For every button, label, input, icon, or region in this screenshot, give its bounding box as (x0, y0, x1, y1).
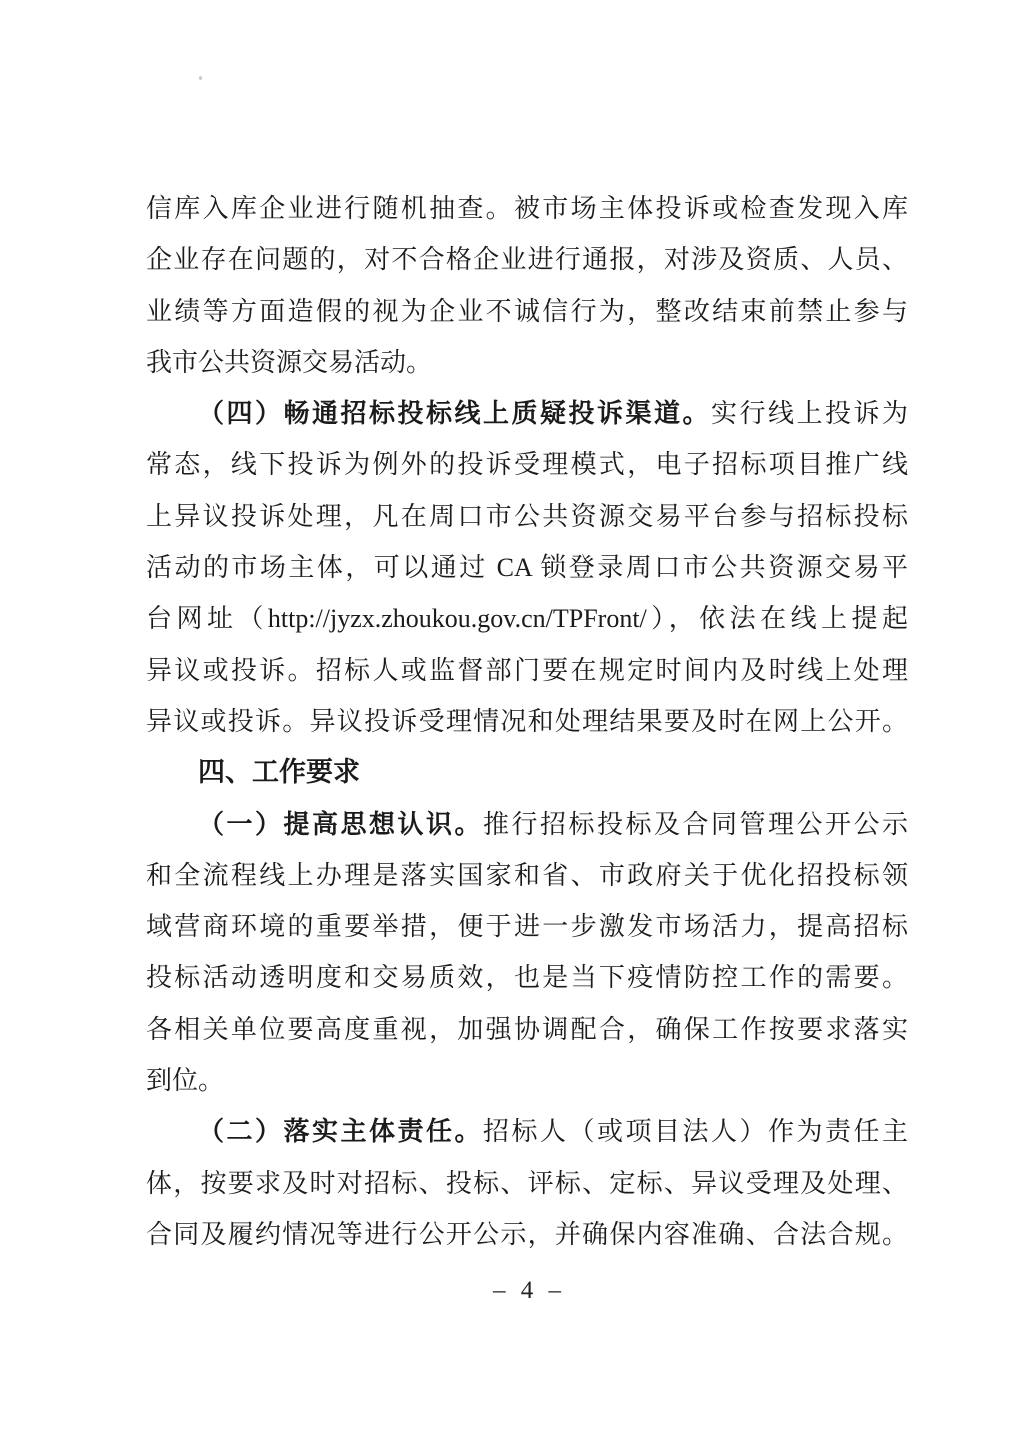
text-line: 异议或投诉。招标人或监督部门要在规定时间内及时线上处理 (146, 645, 908, 696)
text-line: 体，按要求及时对招标、投标、评标、定标、异议受理及处理、 (146, 1158, 908, 1209)
text-run: 投标活动透明度和交易质效，也是当下疫情防控工作的需要。 (146, 963, 908, 992)
text-line: 合同及履约情况等进行公开公示，并确保内容准确、合法合规。 (146, 1209, 908, 1260)
text-run: 体，按要求及时对招标、投标、评标、定标、异议受理及处理、 (146, 1169, 908, 1198)
text-line: （四）畅通招标投标线上质疑投诉渠道。实行线上投诉为 (146, 388, 908, 439)
text-run: 各相关单位要高度重视，加强协调配合，确保工作按要求落实 (146, 1015, 908, 1044)
page-number: – 4 – (146, 1270, 908, 1312)
text-run: 我市公共资源交易活动。 (146, 348, 432, 377)
document-body: 信库入库企业进行随机抽查。被市场主体投诉或检查发现入库企业存在问题的，对不合格企… (146, 183, 908, 1260)
text-line: 业绩等方面造假的视为企业不诚信行为，整改结束前禁止参与 (146, 286, 908, 337)
text-run: 异议或投诉。异议投诉受理情况和处理结果要及时在网上公开。 (146, 707, 908, 736)
text-line: 和全流程线上办理是落实国家和省、市政府关于优化招投标领 (146, 850, 908, 901)
text-run: 到位。 (146, 1066, 224, 1095)
text-run: 实行线上投诉为 (711, 399, 908, 428)
text-run: 业绩等方面造假的视为企业不诚信行为，整改结束前禁止参与 (146, 297, 908, 326)
text-line: 投标活动透明度和交易质效，也是当下疫情防控工作的需要。 (146, 952, 908, 1003)
section-heading: 四、工作要求 (146, 747, 908, 798)
text-line: 信库入库企业进行随机抽查。被市场主体投诉或检查发现入库 (146, 183, 908, 234)
text-line: 上异议投诉处理，凡在周口市公共资源交易平台参与招标投标 (146, 491, 908, 542)
text-run: 合同及履约情况等进行公开公示，并确保内容准确、合法合规。 (146, 1220, 908, 1249)
text-line: 企业存在问题的，对不合格企业进行通报，对涉及资质、人员、 (146, 234, 908, 285)
text-run: 和全流程线上办理是落实国家和省、市政府关于优化招投标领 (146, 861, 908, 890)
paragraph-lead-bold: （二）落实主体责任。 (198, 1117, 483, 1146)
text-run: 台网址（http://jyzx.zhoukou.gov.cn/TPFront/）… (146, 604, 908, 633)
text-run: 企业存在问题的，对不合格企业进行通报，对涉及资质、人员、 (146, 245, 908, 274)
text-run: 四、工作要求 (198, 757, 360, 787)
text-run: 招标人（或项目法人）作为责任主 (483, 1117, 908, 1146)
text-run: 信库入库企业进行随机抽查。被市场主体投诉或检查发现入库 (146, 194, 908, 223)
scan-artifact (199, 76, 202, 80)
text-line: 异议或投诉。异议投诉受理情况和处理结果要及时在网上公开。 (146, 696, 908, 747)
text-line: 常态，线下投诉为例外的投诉受理模式，电子招标项目推广线 (146, 439, 908, 490)
text-run: 上异议投诉处理，凡在周口市公共资源交易平台参与招标投标 (146, 502, 908, 531)
paragraph-lead-bold: （四）畅通招标投标线上质疑投诉渠道。 (198, 399, 711, 428)
document-page: 信库入库企业进行随机抽查。被市场主体投诉或检查发现入库企业存在问题的，对不合格企… (0, 0, 1024, 1447)
text-run: 活动的市场主体，可以通过 CA 锁登录周口市公共资源交易平 (146, 553, 908, 582)
text-line: 台网址（http://jyzx.zhoukou.gov.cn/TPFront/）… (146, 593, 908, 644)
text-run: 域营商环境的重要举措，便于进一步激发市场活力，提高招标 (146, 912, 908, 941)
text-line: 活动的市场主体，可以通过 CA 锁登录周口市公共资源交易平 (146, 542, 908, 593)
text-line: （一）提高思想认识。推行招标投标及合同管理公开公示 (146, 799, 908, 850)
text-run: 常态，线下投诉为例外的投诉受理模式，电子招标项目推广线 (146, 450, 908, 479)
text-run: 异议或投诉。招标人或监督部门要在规定时间内及时线上处理 (146, 656, 908, 685)
text-line: 域营商环境的重要举措，便于进一步激发市场活力，提高招标 (146, 901, 908, 952)
paragraph-lead-bold: （一）提高思想认识。 (198, 810, 483, 839)
text-line: 到位。 (146, 1055, 908, 1106)
text-line: 我市公共资源交易活动。 (146, 337, 908, 388)
text-line: 各相关单位要高度重视，加强协调配合，确保工作按要求落实 (146, 1004, 908, 1055)
text-line: （二）落实主体责任。招标人（或项目法人）作为责任主 (146, 1106, 908, 1157)
text-run: 推行招标投标及合同管理公开公示 (483, 810, 908, 839)
